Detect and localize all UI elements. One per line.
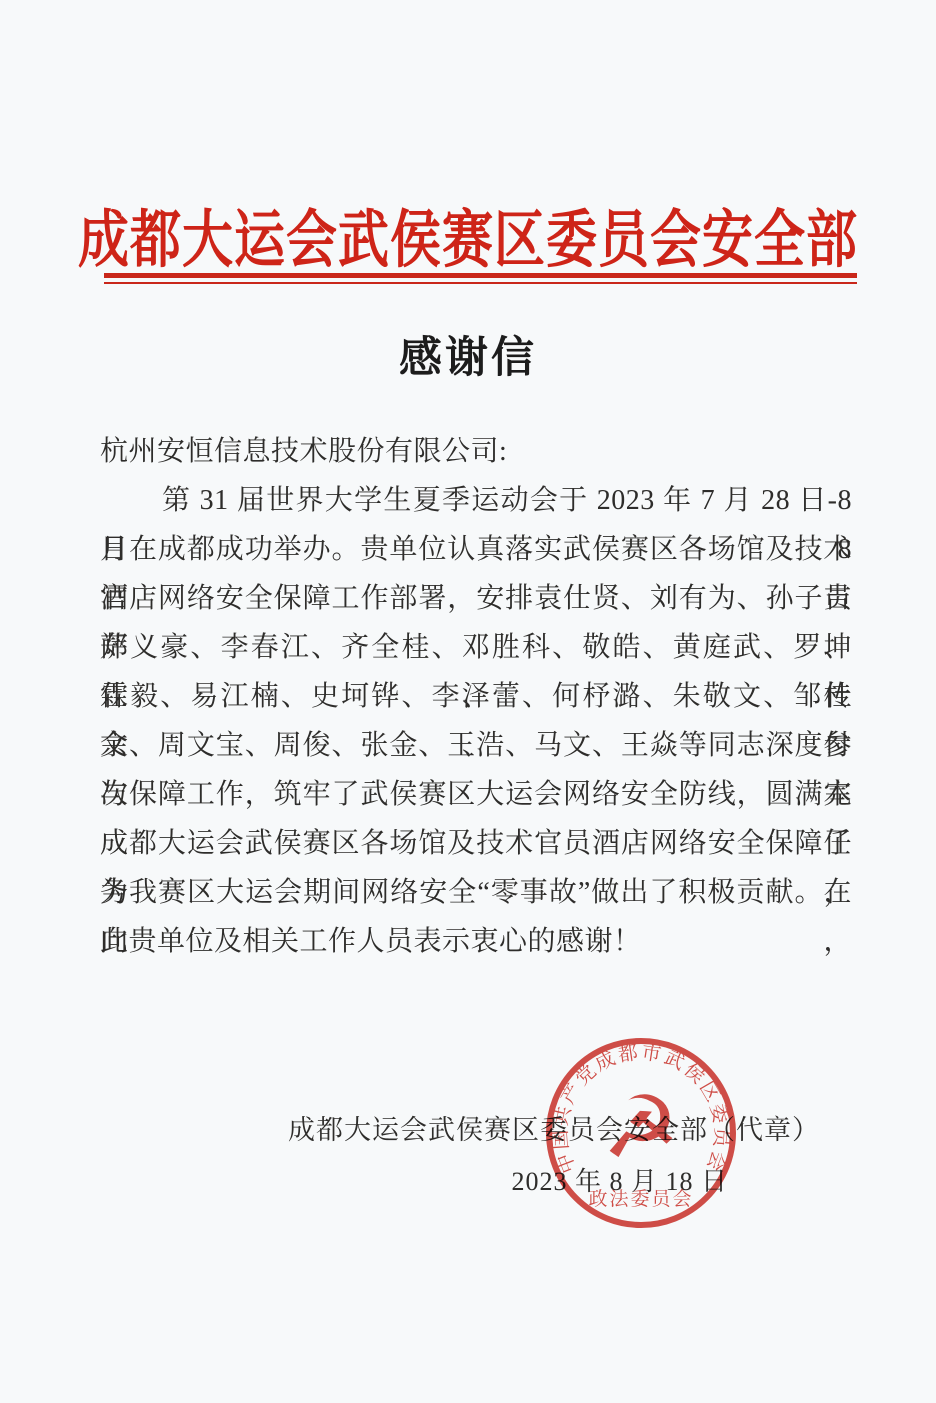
letterhead-divider xyxy=(104,273,857,284)
divider-thick-line xyxy=(104,273,857,278)
body-line: 仕毅、易江楠、史坷铧、李泽蕾、何杼潞、朱敬文、邹传文、付 xyxy=(100,672,852,721)
body-line: 次保障工作，筑牢了武侯赛区大运会网络安全防线，圆满完成了 xyxy=(100,770,852,819)
body-line: 为我赛区大运会期间网络安全“零事故”做出了积极贡献。在此， xyxy=(100,868,852,917)
body-line: 第 31 届世界大学生夏季运动会于 2023 年 7 月 28 日-8 月 8 xyxy=(100,476,852,525)
salutation-line: 杭州安恒信息技术股份有限公司: xyxy=(100,427,852,476)
letter-title: 感谢信 xyxy=(0,324,936,385)
letterhead-org-name: 成都大运会武侯赛区委员会安全部 xyxy=(0,189,936,279)
official-seal: 中国共产党成都市武侯区委员会 ☭ 政法委员会 xyxy=(541,1033,741,1233)
divider-thin-line xyxy=(104,282,857,284)
letter-body: 杭州安恒信息技术股份有限公司: 第 31 届世界大学生夏季运动会于 2023 年… xyxy=(100,427,852,966)
body-line: 酒店网络安全保障工作部署，安排袁仕贤、刘有为、孙子吉萨、 xyxy=(100,574,852,623)
body-line: 余、周文宝、周俊、张金、王浩、马文、王焱等同志深度参与本 xyxy=(100,721,852,770)
body-line: 成都大运会武侯赛区各场馆及技术官员酒店网络安全保障任务， xyxy=(100,819,852,868)
letter-page: 成都大运会武侯赛区委员会安全部 感谢信 杭州安恒信息技术股份有限公司: 第 31… xyxy=(0,0,936,1403)
hammer-sickle-icon: ☭ xyxy=(602,1078,679,1178)
body-line: 郑义豪、李春江、齐全桂、邓胜科、敬皓、黄庭武、罗坤霖、杜 xyxy=(100,623,852,672)
body-line: 日在成都成功举办。贵单位认真落实武侯赛区各场馆及技术官员 xyxy=(100,525,852,574)
seal-bottom-text: 政法委员会 xyxy=(588,1188,693,1210)
